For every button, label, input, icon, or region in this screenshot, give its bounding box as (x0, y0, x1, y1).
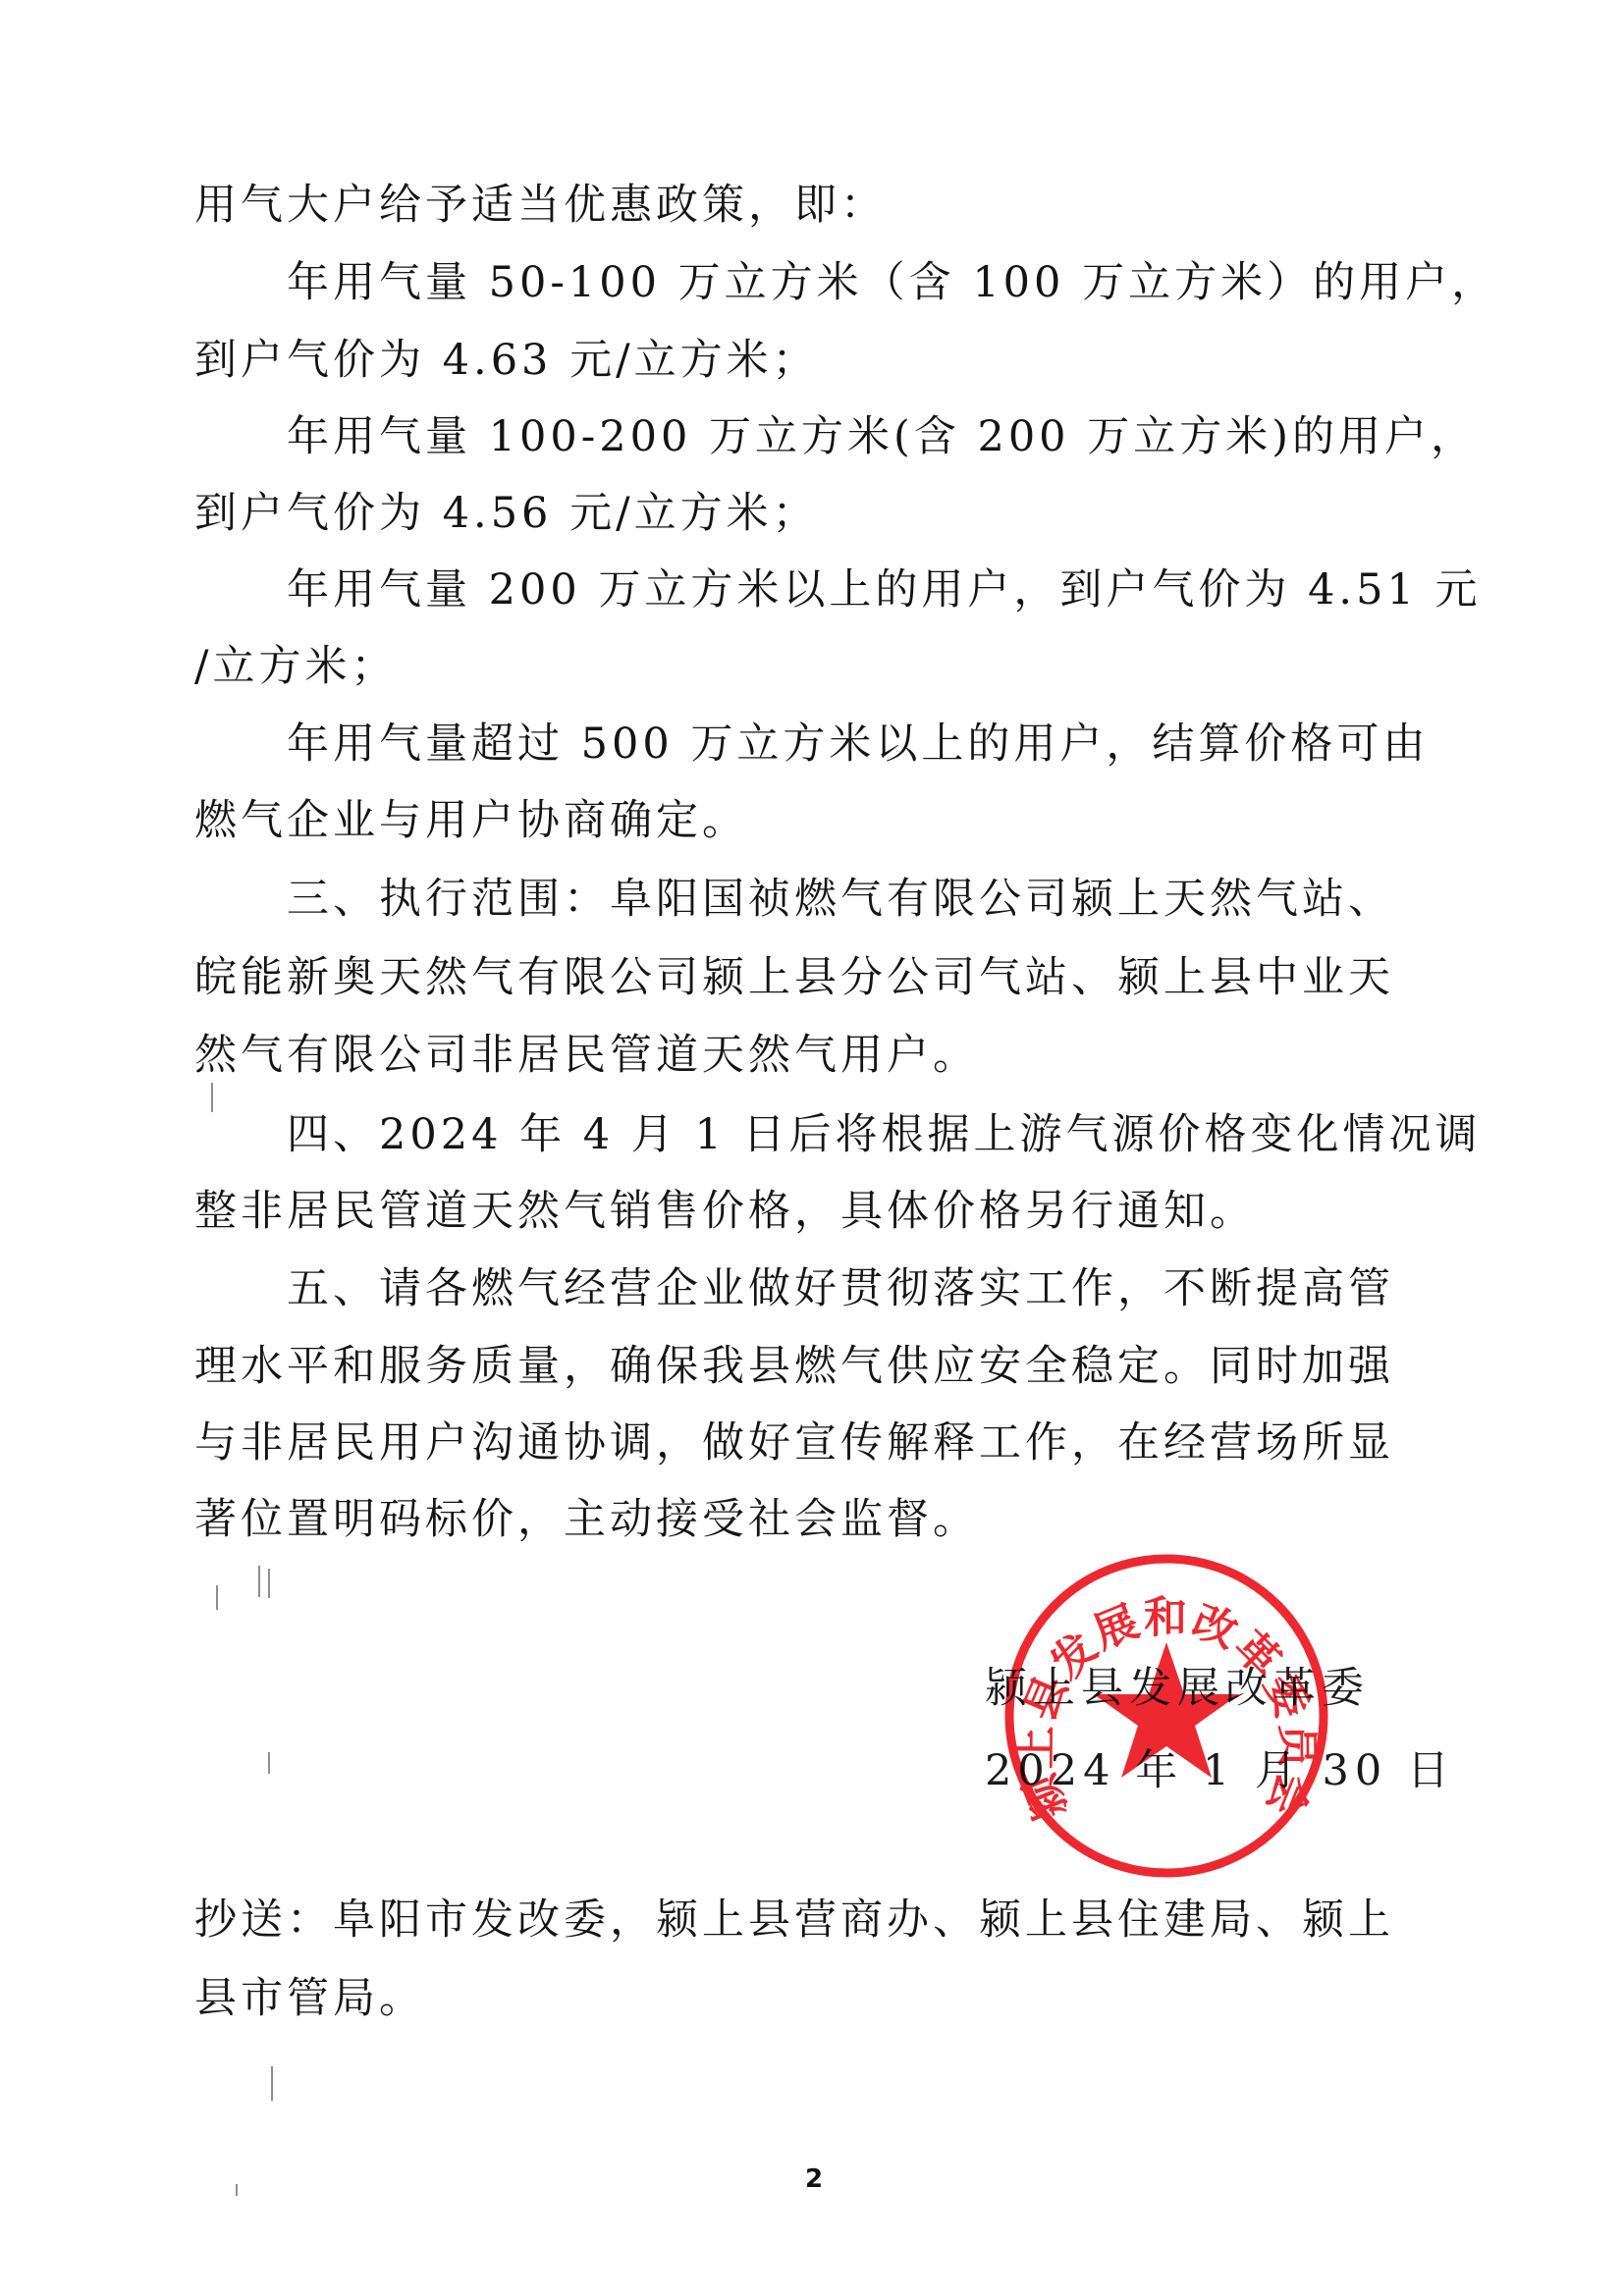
body-text-line: 用气大户给予适当优惠政策，即： (194, 180, 887, 231)
scan-artifact (236, 2184, 238, 2196)
scan-artifact (258, 1566, 260, 1597)
cc-line-1: 抄送：阜阳市发改委，颍上县营商办、颍上县住建局、颍上 (194, 1895, 1394, 1946)
body-text-line: 年用气量 50-100 万立方米（含 100 万立方米）的用户， (287, 257, 1497, 308)
scan-artifact (268, 1569, 270, 1598)
scan-artifact (268, 1752, 270, 1774)
seal-star-icon (1094, 1642, 1239, 1778)
page-number: 2 (805, 2164, 823, 2194)
body-text-line: 著位置明码标价，主动接受社会监督。 (194, 1494, 979, 1545)
scan-artifact (211, 1083, 213, 1112)
body-text-line: 到户气价为 4.63 元/立方米； (194, 335, 819, 386)
body-text-line: 然气有限公司非居民管道天然气用户。 (194, 1030, 979, 1081)
cc-line-2: 县市管局。 (194, 1973, 425, 2024)
body-text-line: 年用气量超过 500 万立方米以上的用户，结算价格可由 (287, 719, 1429, 770)
official-seal-icon: 颍上县发展和改革委员会 (1000, 1549, 1333, 1883)
body-text-line: 整非居民管道天然气销售价格，具体价格另行通知。 (194, 1186, 1256, 1237)
body-text-line: 理水平和服务质量，确保我县燃气供应安全稳定。同时加强 (194, 1341, 1394, 1392)
body-text-line: 五、请各燃气经营企业做好贯彻落实工作，不断提高管 (287, 1263, 1394, 1314)
body-text-line: 年用气量 100-200 万立方米(含 200 万立方米)的用户， (287, 411, 1477, 462)
body-text-line: 三、执行范围：阜阳国祯燃气有限公司颍上天然气站、 (287, 874, 1394, 925)
body-text-line: 燃气企业与用户协商确定。 (194, 795, 748, 846)
body-text-line: 到户气价为 4.56 元/立方米； (194, 488, 819, 539)
document-page: 用气大户给予适当优惠政策，即：年用气量 50-100 万立方米（含 100 万立… (0, 0, 1623, 2296)
body-text-line: 与非居民用户沟通协调，做好宣传解释工作，在经营场所显 (194, 1417, 1394, 1468)
scan-artifact (216, 1585, 218, 1610)
body-text-line: /立方米； (194, 641, 398, 692)
body-text-line: 四、2024 年 4 月 1 日后将根据上游气源价格变化情况调 (287, 1109, 1482, 1160)
body-text-line: 皖能新奥天然气有限公司颍上县分公司气站、颍上县中业天 (194, 952, 1394, 1003)
scan-artifact (271, 2066, 273, 2101)
body-text-line: 年用气量 200 万立方米以上的用户，到户气价为 4.51 元 (287, 564, 1482, 615)
